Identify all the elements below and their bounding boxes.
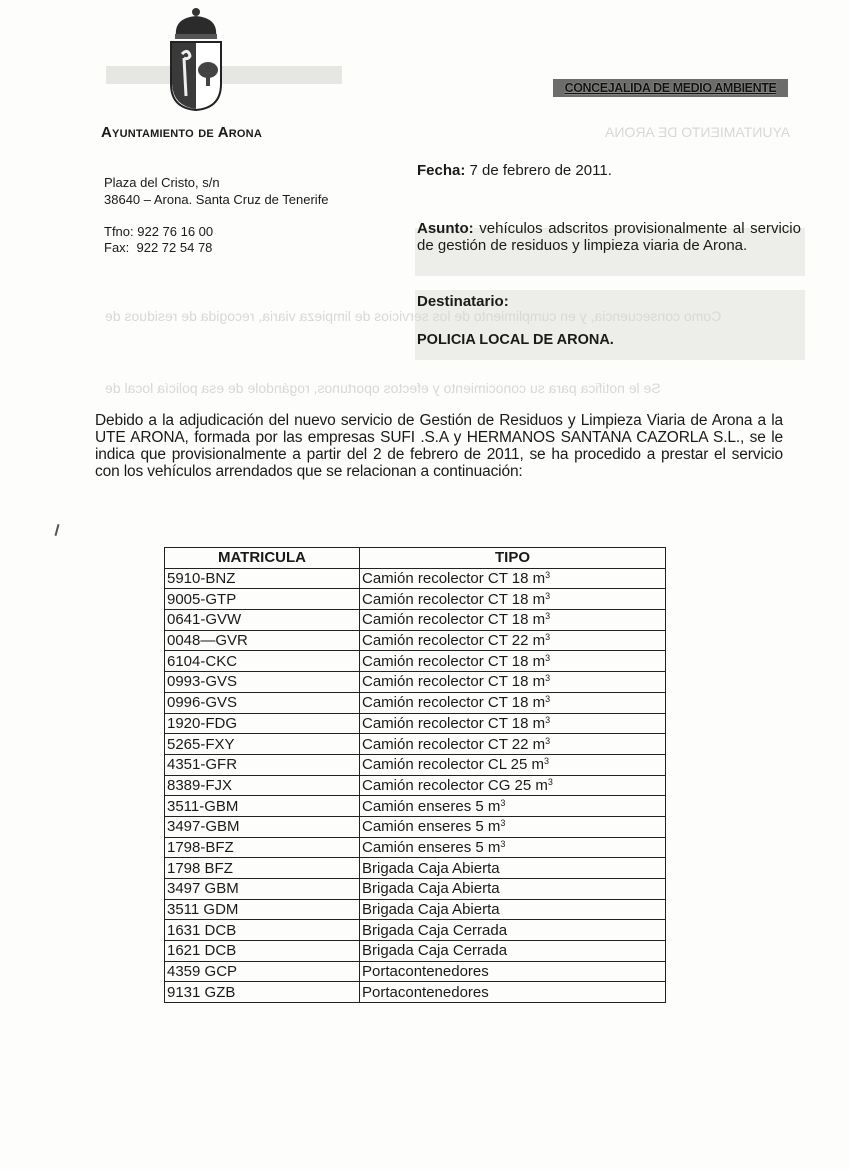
table-row: 5910-BNZCamión recolector CT 18 m3 bbox=[165, 568, 666, 589]
table-row: 9005-GTPCamión recolector CT 18 m3 bbox=[165, 589, 666, 610]
cell-tipo: Camión enseres 5 m3 bbox=[360, 837, 666, 858]
tipo-text: Camión recolector CT 18 m bbox=[362, 591, 545, 608]
table-row: 0048—GVRCamión recolector CT 22 m3 bbox=[165, 630, 666, 651]
cell-tipo: Brigada Caja Abierta bbox=[360, 879, 666, 900]
cubic-superscript: 3 bbox=[545, 591, 550, 601]
cell-tipo: Camión enseres 5 m3 bbox=[360, 816, 666, 837]
cubic-superscript: 3 bbox=[545, 570, 550, 580]
cubic-superscript: 3 bbox=[500, 798, 505, 808]
table-row: 0996-GVSCamión recolector CT 18 m3 bbox=[165, 692, 666, 713]
tipo-text: Camión recolector CG 25 m bbox=[362, 777, 548, 794]
recipient-label: Destinatario: bbox=[417, 293, 801, 310]
cell-matricula: 9005-GTP bbox=[165, 589, 360, 610]
tipo-text: Brigada Caja Abierta bbox=[362, 901, 500, 918]
cubic-superscript: 3 bbox=[545, 736, 550, 746]
subject-line: Asunto: vehículos adscritos provisionalm… bbox=[417, 220, 801, 254]
tipo-text: Camión recolector CT 22 m bbox=[362, 736, 545, 753]
cell-matricula: 9131 GZB bbox=[165, 982, 360, 1003]
cell-matricula: 3497 GBM bbox=[165, 879, 360, 900]
cell-matricula: 5910-BNZ bbox=[165, 568, 360, 589]
header-tipo: TIPO bbox=[360, 548, 666, 569]
cell-tipo: Camión recolector CT 18 m3 bbox=[360, 651, 666, 672]
tipo-text: Portacontenedores bbox=[362, 984, 489, 1001]
cell-matricula: 6104-CKC bbox=[165, 651, 360, 672]
table-row: 3511 GDMBrigada Caja Abierta bbox=[165, 899, 666, 920]
cubic-superscript: 3 bbox=[545, 694, 550, 704]
cell-matricula: 3497-GBM bbox=[165, 816, 360, 837]
cell-matricula: 1920-FDG bbox=[165, 713, 360, 734]
cell-tipo: Camión enseres 5 m3 bbox=[360, 796, 666, 817]
cell-tipo: Camión recolector CT 18 m3 bbox=[360, 672, 666, 693]
cell-tipo: Brigada Caja Cerrada bbox=[360, 920, 666, 941]
table-row: 3497-GBMCamión enseres 5 m3 bbox=[165, 816, 666, 837]
cell-matricula: 4351-GFR bbox=[165, 754, 360, 775]
tipo-text: Camión recolector CT 18 m bbox=[362, 673, 545, 690]
table-row: 0641-GVWCamión recolector CT 18 m3 bbox=[165, 610, 666, 631]
organization-name: Ayuntamiento de Arona bbox=[101, 124, 262, 141]
date-value: 7 de febrero de 2011. bbox=[465, 162, 612, 179]
cell-tipo: Brigada Caja Abierta bbox=[360, 858, 666, 879]
table-row: 9131 GZBPortacontenedores bbox=[165, 982, 666, 1003]
cell-tipo: Brigada Caja Abierta bbox=[360, 899, 666, 920]
tipo-text: Brigada Caja Abierta bbox=[362, 880, 500, 897]
address-line1: Plaza del Cristo, s/n bbox=[104, 174, 220, 191]
cubic-superscript: 3 bbox=[545, 715, 550, 725]
cell-matricula: 0641-GVW bbox=[165, 610, 360, 631]
cell-matricula: 3511-GBM bbox=[165, 796, 360, 817]
cell-tipo: Camión recolector CT 18 m3 bbox=[360, 610, 666, 631]
cell-matricula: 0993-GVS bbox=[165, 672, 360, 693]
cell-matricula: 1798 BFZ bbox=[165, 858, 360, 879]
header-matricula: MATRICULA bbox=[165, 548, 360, 569]
date-line: Fecha: 7 de febrero de 2011. bbox=[417, 162, 801, 179]
phone-number: Tfno: 922 76 16 00 bbox=[104, 223, 213, 240]
cubic-superscript: 3 bbox=[548, 777, 553, 787]
table-row: 3511-GBMCamión enseres 5 m3 bbox=[165, 796, 666, 817]
recipient-value: POLICIA LOCAL DE ARONA. bbox=[417, 332, 801, 349]
table-row: 4351-GFRCamión recolector CL 25 m3 bbox=[165, 754, 666, 775]
cell-tipo: Camión recolector CL 25 m3 bbox=[360, 754, 666, 775]
tipo-text: Camión enseres 5 m bbox=[362, 818, 500, 835]
cell-tipo: Camión recolector CT 18 m3 bbox=[360, 568, 666, 589]
cubic-superscript: 3 bbox=[500, 818, 505, 828]
cubic-superscript: 3 bbox=[545, 653, 550, 663]
tipo-text: Camión recolector CT 18 m bbox=[362, 570, 545, 587]
tipo-text: Camión enseres 5 m bbox=[362, 839, 500, 856]
cell-matricula: 5265-FXY bbox=[165, 734, 360, 755]
tipo-text: Camión recolector CT 18 m bbox=[362, 694, 545, 711]
cell-matricula: 1621 DCB bbox=[165, 941, 360, 962]
address-line2: 38640 – Arona. Santa Cruz de Tenerife bbox=[104, 191, 329, 208]
body-paragraph: Debido a la adjudicación del nuevo servi… bbox=[95, 412, 783, 480]
scan-mark bbox=[54, 524, 59, 536]
subject-label: Asunto: bbox=[417, 220, 474, 237]
cubic-superscript: 3 bbox=[545, 611, 550, 621]
cubic-superscript: 3 bbox=[545, 632, 550, 642]
tipo-text: Camión recolector CT 18 m bbox=[362, 611, 545, 628]
table-row: 1621 DCBBrigada Caja Cerrada bbox=[165, 941, 666, 962]
bleed-through-text: Como consecuencia, y en cumplimiento de … bbox=[105, 308, 721, 324]
table-row: 3497 GBMBrigada Caja Abierta bbox=[165, 879, 666, 900]
table-row: 6104-CKCCamión recolector CT 18 m3 bbox=[165, 651, 666, 672]
cell-matricula: 1798-BFZ bbox=[165, 837, 360, 858]
tipo-text: Portacontenedores bbox=[362, 963, 489, 980]
cubic-superscript: 3 bbox=[544, 756, 549, 766]
bleed-through-text: Se le notifica para su conocimiento y ef… bbox=[105, 380, 661, 396]
table-row: 4359 GCPPortacontenedores bbox=[165, 961, 666, 982]
cell-matricula: 8389-FJX bbox=[165, 775, 360, 796]
table-row: 8389-FJXCamión recolector CG 25 m3 bbox=[165, 775, 666, 796]
cell-matricula: 0048—GVR bbox=[165, 630, 360, 651]
table-row: 1798 BFZBrigada Caja Abierta bbox=[165, 858, 666, 879]
tipo-text: Camión recolector CT 22 m bbox=[362, 632, 545, 649]
tipo-text: Brigada Caja Abierta bbox=[362, 860, 500, 877]
table-header-row: MATRICULA TIPO bbox=[165, 548, 666, 569]
cell-tipo: Portacontenedores bbox=[360, 982, 666, 1003]
tipo-text: Camión recolector CT 18 m bbox=[362, 715, 545, 732]
tipo-text: Brigada Caja Cerrada bbox=[362, 942, 507, 959]
cell-tipo: Camión recolector CG 25 m3 bbox=[360, 775, 666, 796]
date-label: Fecha: bbox=[417, 162, 465, 179]
cell-tipo: Brigada Caja Cerrada bbox=[360, 941, 666, 962]
vehicles-table: MATRICULA TIPO 5910-BNZCamión recolector… bbox=[164, 547, 666, 1003]
fax-number: Fax: 922 72 54 78 bbox=[104, 239, 212, 256]
table-row: 0993-GVSCamión recolector CT 18 m3 bbox=[165, 672, 666, 693]
cubic-superscript: 3 bbox=[500, 839, 505, 849]
department-badge: CONCEJALIDA DE MEDIO AMBIENTE bbox=[553, 79, 788, 97]
table-row: 5265-FXYCamión recolector CT 22 m3 bbox=[165, 734, 666, 755]
cell-tipo: Camión recolector CT 18 m3 bbox=[360, 692, 666, 713]
cell-tipo: Camión recolector CT 22 m3 bbox=[360, 734, 666, 755]
cell-tipo: Portacontenedores bbox=[360, 961, 666, 982]
cell-matricula: 4359 GCP bbox=[165, 961, 360, 982]
cell-matricula: 3511 GDM bbox=[165, 899, 360, 920]
tipo-text: Brigada Caja Cerrada bbox=[362, 922, 507, 939]
cell-tipo: Camión recolector CT 22 m3 bbox=[360, 630, 666, 651]
cell-tipo: Camión recolector CT 18 m3 bbox=[360, 589, 666, 610]
cubic-superscript: 3 bbox=[545, 673, 550, 683]
cell-tipo: Camión recolector CT 18 m3 bbox=[360, 713, 666, 734]
tipo-text: Camión recolector CT 18 m bbox=[362, 653, 545, 670]
tipo-text: Camión enseres 5 m bbox=[362, 798, 500, 815]
tipo-text: Camión recolector CL 25 m bbox=[362, 756, 544, 773]
subject-value: vehículos adscritos provisionalmente al … bbox=[417, 220, 801, 254]
cell-matricula: 1631 DCB bbox=[165, 920, 360, 941]
coat-of-arms-icon bbox=[166, 4, 226, 112]
table-row: 1631 DCBBrigada Caja Cerrada bbox=[165, 920, 666, 941]
bleed-through-text: AYUNTAMIENTO DE ARONA bbox=[605, 124, 790, 140]
table-row: 1920-FDGCamión recolector CT 18 m3 bbox=[165, 713, 666, 734]
cell-matricula: 0996-GVS bbox=[165, 692, 360, 713]
table-row: 1798-BFZCamión enseres 5 m3 bbox=[165, 837, 666, 858]
